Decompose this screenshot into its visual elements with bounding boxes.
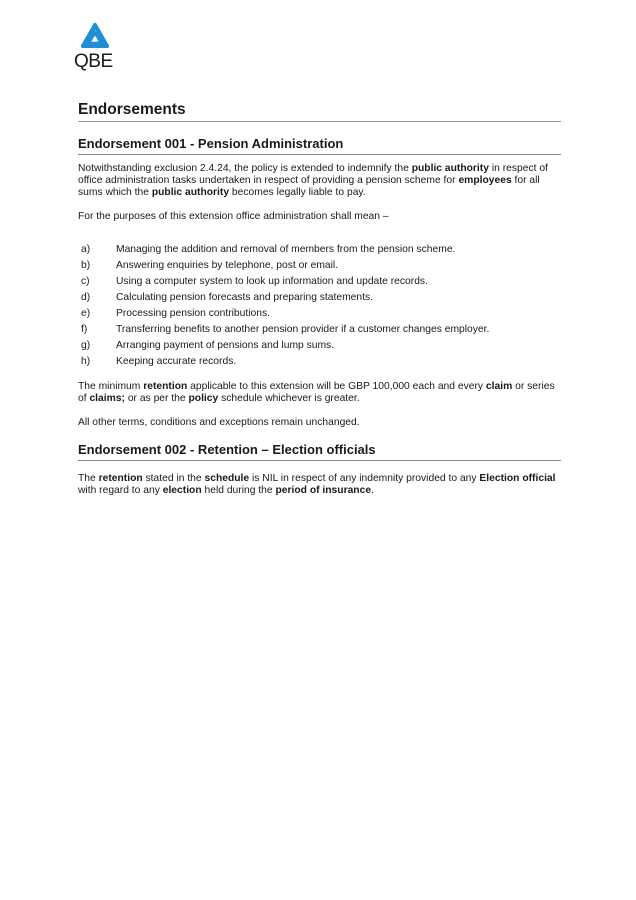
defined-term: period of insurance [276,485,372,496]
text-run: stated in the [143,473,205,484]
list-item-text: Arranging payment of pensions and lump s… [116,340,334,351]
defined-term: schedule [205,473,250,484]
text-run: applicable to this extension will be GBP… [187,381,486,392]
defined-term: retention [143,381,187,392]
list-marker: h) [81,354,90,370]
text-run: is NIL in respect of any indemnity provi… [249,473,479,484]
endorsement-001-retention-paragraph: The minimum retention applicable to this… [78,381,561,405]
text-run: . [371,485,374,496]
endorsement-001-paragraph-1: Notwithstanding exclusion 2.4.24, the po… [78,163,561,199]
list-item-text: Managing the addition and removal of mem… [116,244,455,255]
endorsement-001-paragraph-2: For the purposes of this extension offic… [78,211,561,223]
defined-term: retention [99,473,143,484]
defined-term: Election official [479,473,555,484]
text-run: or as per the [125,393,189,404]
list-marker: f) [81,322,87,338]
list-marker: d) [81,290,90,306]
list-marker: a) [81,242,90,258]
text-run: schedule whichever is greater. [218,393,359,404]
defined-term: employees [458,175,511,186]
defined-term: claim [486,381,512,392]
defined-term: claims; [89,393,125,404]
list-item: c)Using a computer system to look up inf… [78,274,561,290]
list-marker: c) [81,274,90,290]
list-item: h)Keeping accurate records. [78,354,561,370]
text-run: The minimum [78,381,143,392]
list-marker: b) [81,258,90,274]
list-item-text: Keeping accurate records. [116,356,236,367]
office-administration-list: a)Managing the addition and removal of m… [78,242,561,370]
list-item-text: Calculating pension forecasts and prepar… [116,292,373,303]
list-item: e)Processing pension contributions. [78,306,561,322]
list-marker: e) [81,306,90,322]
text-run: held during the [202,485,276,496]
logo-wordmark: QBE [74,52,118,72]
list-item-text: Transferring benefits to another pension… [116,324,489,335]
page-title: Endorsements [78,100,561,122]
defined-term: policy [188,393,218,404]
defined-term: public authority [152,187,229,198]
defined-term: election [163,485,202,496]
text-run: Notwithstanding exclusion 2.4.24, the po… [78,163,412,174]
defined-term: public authority [412,163,489,174]
endorsement-001-closing-paragraph: All other terms, conditions and exceptio… [78,417,561,429]
text-run: The [78,473,99,484]
list-item: f)Transferring benefits to another pensi… [78,322,561,338]
list-item: b)Answering enquiries by telephone, post… [78,258,561,274]
list-item: a)Managing the addition and removal of m… [78,242,561,258]
list-item: g)Arranging payment of pensions and lump… [78,338,561,354]
list-item-text: Using a computer system to look up infor… [116,276,428,287]
list-marker: g) [81,338,90,354]
list-item-text: Processing pension contributions. [116,308,270,319]
list-item-text: Answering enquiries by telephone, post o… [116,260,338,271]
list-item: d)Calculating pension forecasts and prep… [78,290,561,306]
text-run: with regard to any [78,485,163,496]
qbe-logo: QBE [74,22,118,74]
qbe-triangle-logo-icon [80,22,110,52]
endorsement-002-paragraph-1: The retention stated in the schedule is … [78,473,561,497]
document-body: Endorsements Endorsement 001 - Pension A… [78,100,561,497]
section-title-endorsement-002: Endorsement 002 - Retention – Election o… [78,441,561,461]
text-run: becomes legally liable to pay. [229,187,366,198]
section-title-endorsement-001: Endorsement 001 - Pension Administration [78,135,561,155]
